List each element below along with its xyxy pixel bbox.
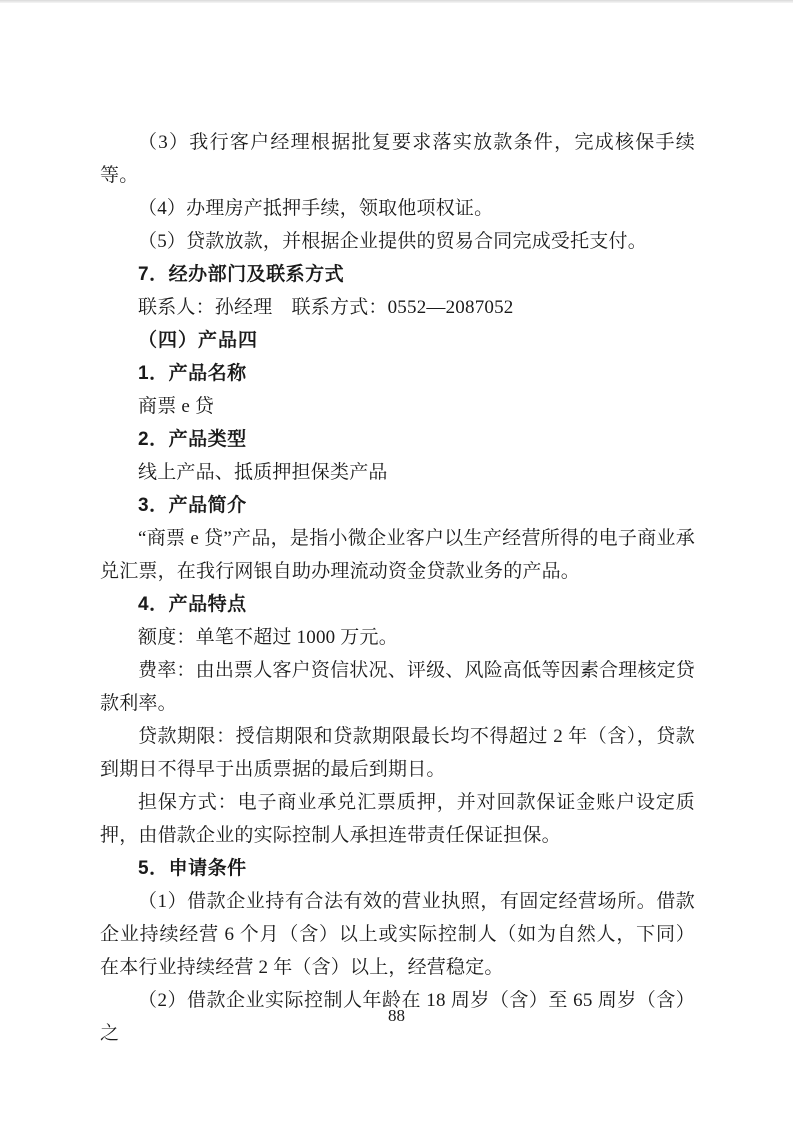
heading-application-conditions: 5．申请条件 [100, 852, 695, 885]
product-name: 商票 e 贷 [100, 390, 695, 423]
heading-product-type: 2．产品类型 [100, 423, 695, 456]
page-number: 88 [0, 1006, 793, 1026]
contact-info: 联系人：孙经理 联系方式：0552—2087052 [100, 291, 695, 324]
feature-guarantee-method: 担保方式：电子商业承兑汇票质押，并对回款保证金账户设定质押，由借款企业的实际控制… [100, 786, 695, 852]
heading-product-features: 4．产品特点 [100, 588, 695, 621]
feature-amount: 额度：单笔不超过 1000 万元。 [100, 621, 695, 654]
process-step-4: （4）办理房产抵押手续，领取他项权证。 [100, 192, 695, 225]
heading-product-intro: 3．产品简介 [100, 489, 695, 522]
product-intro: “商票 e 贷”产品，是指小微企业客户以生产经营所得的电子商业承兑汇票，在我行网… [100, 522, 695, 588]
condition-1: （1）借款企业持有合法有效的营业执照，有固定经营场所。借款企业持续经营 6 个月… [100, 885, 695, 984]
document-page: （3）我行客户经理根据批复要求落实放款条件，完成核保手续等。 （4）办理房产抵押… [0, 0, 793, 1122]
product-type: 线上产品、抵质押担保类产品 [100, 456, 695, 489]
document-body: （3）我行客户经理根据批复要求落实放款条件，完成核保手续等。 （4）办理房产抵押… [100, 126, 695, 1050]
feature-loan-term: 贷款期限：授信期限和贷款期限最长均不得超过 2 年（含），贷款到期日不得早于出质… [100, 720, 695, 786]
feature-rate: 费率：由出票人客户资信状况、评级、风险高低等因素合理核定贷款利率。 [100, 654, 695, 720]
scan-edge-artifact [0, 0, 793, 3]
heading-product-name: 1．产品名称 [100, 357, 695, 390]
heading-product-4: （四）产品四 [100, 324, 695, 357]
process-step-3: （3）我行客户经理根据批复要求落实放款条件，完成核保手续等。 [100, 126, 695, 192]
process-step-5: （5）贷款放款，并根据企业提供的贸易合同完成受托支付。 [100, 225, 695, 258]
heading-contact-department: 7．经办部门及联系方式 [100, 258, 695, 291]
